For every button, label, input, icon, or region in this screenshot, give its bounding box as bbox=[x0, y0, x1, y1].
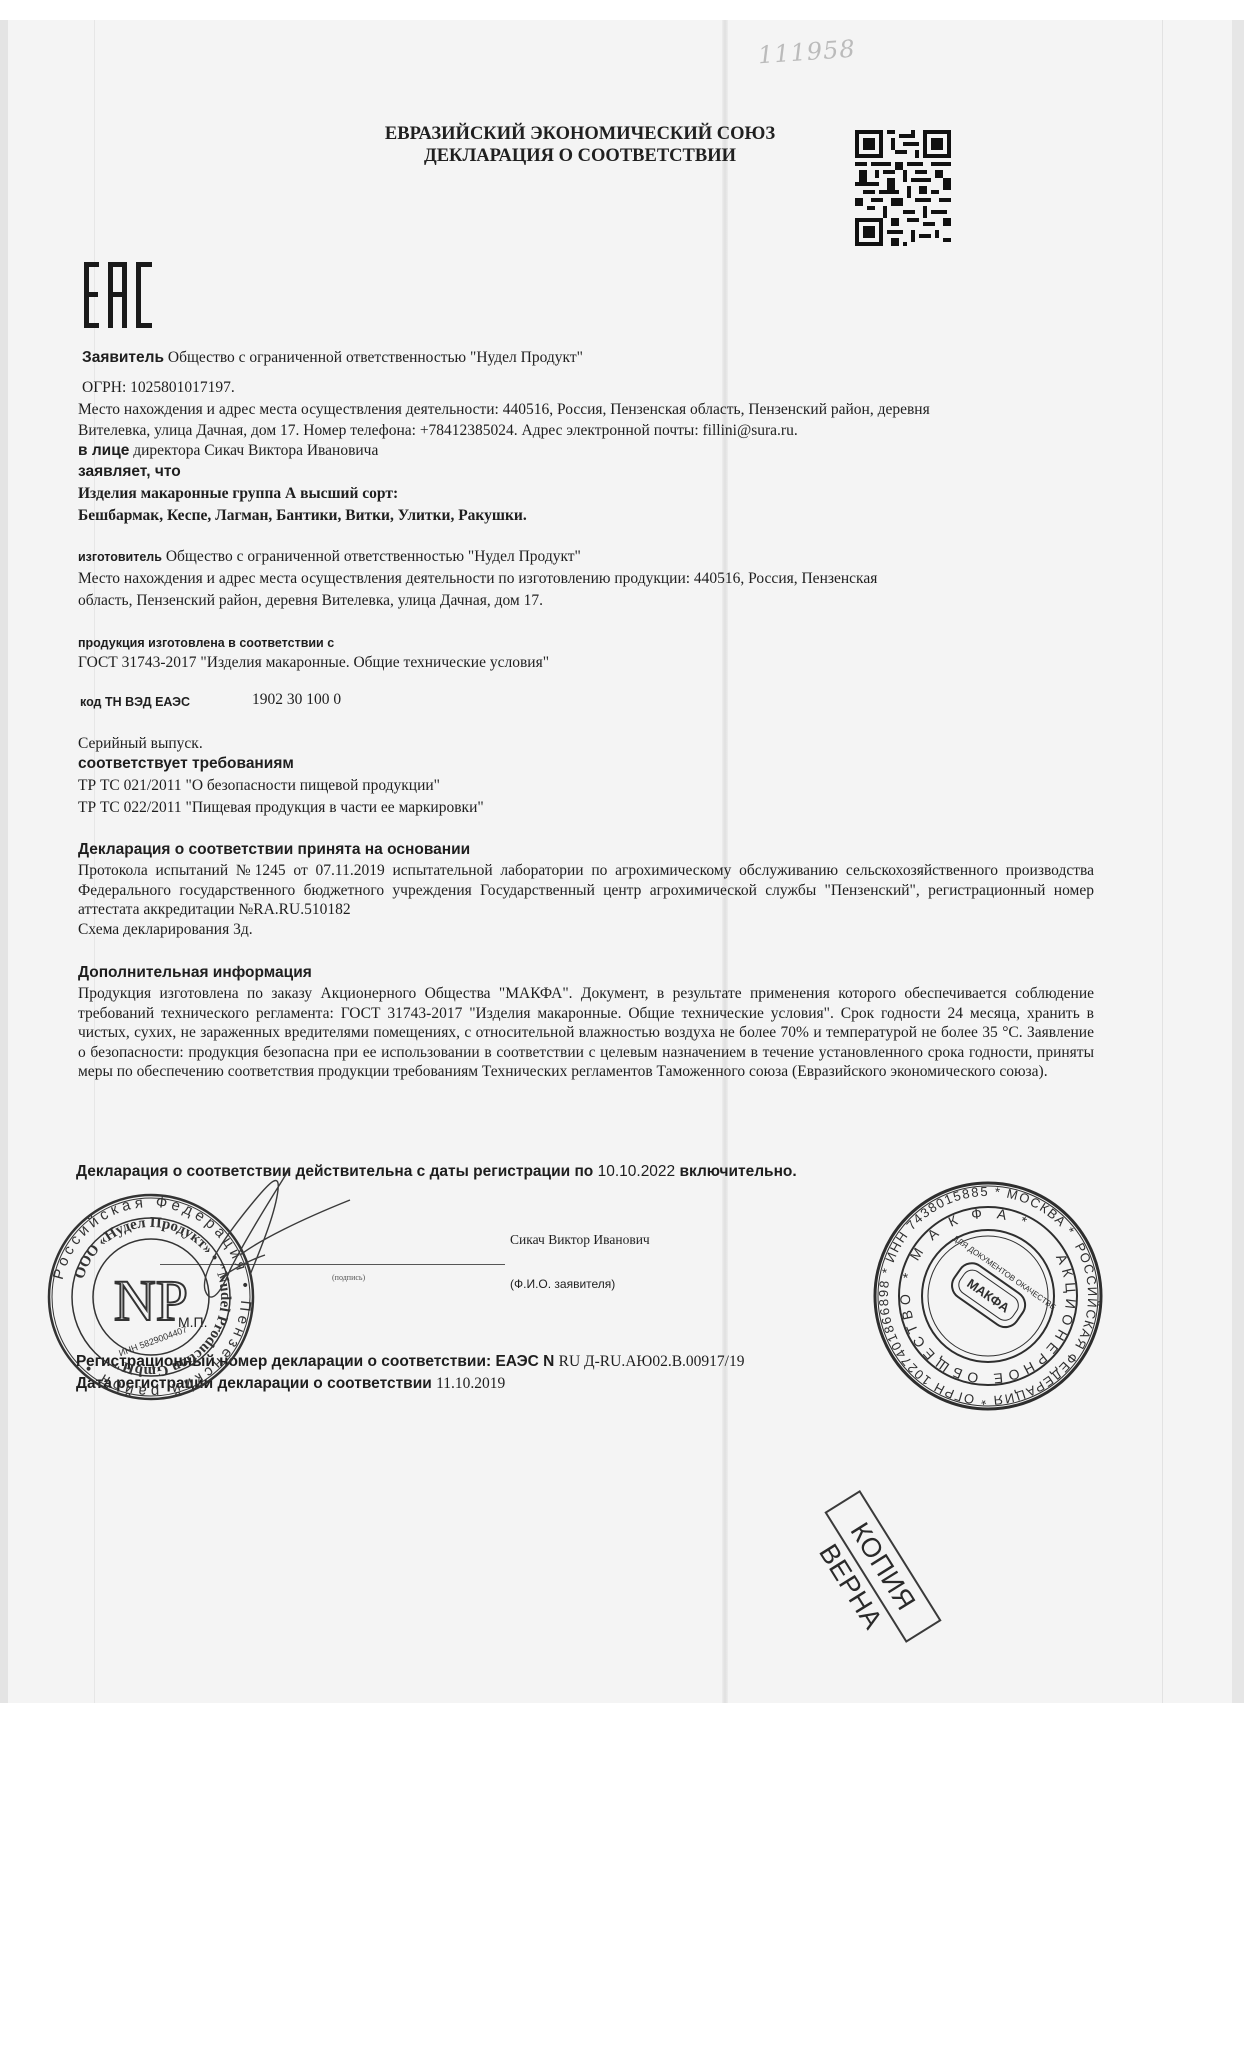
applicant-address-line1: Место нахождения и адрес места осуществл… bbox=[78, 400, 930, 420]
manufacturer-line: изготовитель Общество с ограниченной отв… bbox=[78, 547, 581, 567]
applicant-name-caption: (Ф.И.О. заявителя) bbox=[510, 1274, 615, 1294]
manufacturer-label: изготовитель bbox=[78, 550, 162, 564]
standard-label: продукция изготовлена в соответствии с bbox=[78, 633, 334, 653]
tn-ved-label: код ТН ВЭД ЕАЭС bbox=[80, 692, 190, 712]
basis-text: Протокола испытаний №1245 от 07.11.2019 … bbox=[78, 861, 1094, 920]
scan-edge-left bbox=[0, 0, 8, 1703]
scan-top-margin bbox=[0, 0, 1244, 20]
represented-by: директора Сикач Виктора Ивановича bbox=[133, 442, 378, 459]
additional-info-text: Продукция изготовлена по заказу Акционер… bbox=[78, 984, 1094, 1082]
additional-info-heading: Дополнительная информация bbox=[78, 963, 312, 983]
manufacturer-address-line2: область, Пензенский район, деревня Вител… bbox=[78, 591, 543, 611]
declares-label: заявляет, что bbox=[78, 462, 181, 482]
product-line2: Бешбармак, Кеспе, Лагман, Бантики, Витки… bbox=[78, 506, 527, 526]
applicant-address-line2: Вителевка, улица Дачная, дом 17. Номер т… bbox=[78, 421, 798, 441]
fold-line bbox=[722, 0, 728, 1703]
makfa-seal-icon: РОССИЙСКАЯ ФЕДЕРАЦИЯ * ОГРН 102740186689… bbox=[872, 1180, 1104, 1412]
applicant-line: Заявитель Общество с ограниченной ответс… bbox=[82, 348, 583, 368]
applicant-ogrn: ОГРН: 1025801017197. bbox=[82, 378, 235, 398]
regulation-item: ТР ТС 022/2011 "Пищевая продукция в част… bbox=[78, 798, 484, 818]
applicant-name: Общество с ограниченной ответственностью… bbox=[168, 349, 583, 366]
applicant-label: Заявитель bbox=[82, 349, 164, 366]
declaration-scheme: Схема декларирования 3д. bbox=[78, 920, 253, 940]
represented-label: в лице bbox=[78, 442, 129, 459]
standard-value: ГОСТ 31743-2017 "Изделия макаронные. Общ… bbox=[78, 653, 549, 673]
validity-suffix: включительно. bbox=[679, 1163, 796, 1180]
manufacturer-name: Общество с ограниченной ответственностью… bbox=[166, 548, 581, 565]
union-title: ЕВРАЗИЙСКИЙ ЭКОНОМИЧЕСКИЙ СОЮЗ bbox=[300, 123, 860, 145]
registration-number-prefix: ЕАЭС N bbox=[495, 1353, 554, 1370]
regulation-item: ТР ТС 021/2011 "О безопасности пищевой п… bbox=[78, 776, 440, 796]
eac-mark-icon bbox=[84, 262, 154, 328]
document-header: ЕВРАЗИЙСКИЙ ЭКОНОМИЧЕСКИЙ СОЮЗ ДЕКЛАРАЦИ… bbox=[300, 123, 860, 167]
basis-heading: Декларация о соответствии принята на осн… bbox=[78, 840, 470, 860]
scan-edge-right bbox=[1232, 0, 1244, 1703]
applicant-representative: в лице директора Сикач Виктора Ивановича bbox=[78, 441, 378, 461]
tn-ved-value: 1902 30 100 0 bbox=[252, 690, 341, 710]
conformity-label: соответствует требованиям bbox=[78, 754, 294, 774]
registration-date-value: 11.10.2019 bbox=[436, 1375, 505, 1392]
qr-code-icon bbox=[855, 130, 951, 246]
signature-scribble bbox=[150, 1160, 380, 1310]
serial-release: Серийный выпуск. bbox=[78, 734, 203, 754]
validity-date: 10.10.2022 bbox=[598, 1163, 676, 1180]
manufacturer-address-line1: Место нахождения и адрес места осуществл… bbox=[78, 569, 877, 589]
makfa-seal-center-mark: МАКФА bbox=[964, 1276, 1013, 1316]
fold-line bbox=[1162, 0, 1163, 1703]
signatory-name: Сикач Виктор Иванович bbox=[510, 1230, 650, 1250]
declaration-title: ДЕКЛАРАЦИЯ О СООТВЕТСТВИИ bbox=[300, 145, 860, 167]
product-line1: Изделия макаронные группа А высший сорт: bbox=[78, 484, 398, 504]
registration-number-value: RU Д-RU.АЮ02.В.00917/19 bbox=[559, 1353, 745, 1370]
